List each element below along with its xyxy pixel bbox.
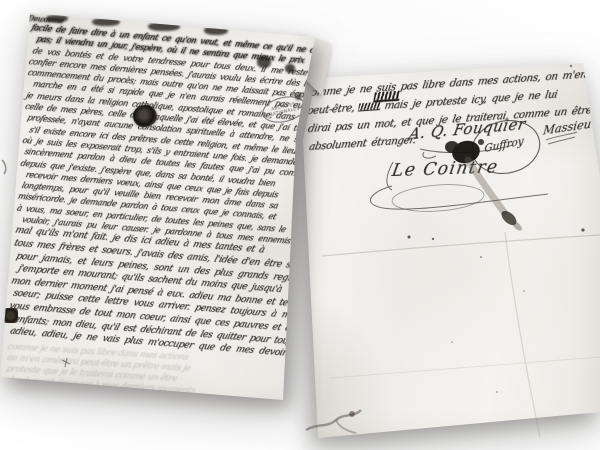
- struck-word-scribble: [358, 102, 381, 112]
- letter-page-left-surface: Deuxieme facile de faire dire à un enfan…: [0, 12, 318, 410]
- ink-smudge: [257, 56, 271, 68]
- letter-page-left: Deuxieme facile de faire dire à un enfan…: [0, 12, 318, 410]
- letter-page-right: comme je ne suis pas libre dans mes acti…: [296, 58, 600, 440]
- ink-smudge: [204, 26, 228, 35]
- ink-smudge: [46, 15, 68, 22]
- ink-blot-large: [133, 105, 157, 127]
- manuscript-photo: comme je ne suis pas libre dans mes acti…: [0, 0, 600, 450]
- letter-page-right-surface: comme je ne suis pas libre dans mes acti…: [296, 58, 600, 440]
- ink-smudge: [285, 64, 295, 73]
- ink-smudge: [295, 93, 302, 100]
- signature-lecointre: Le Cointre: [390, 157, 500, 181]
- ink-smudge: [92, 18, 120, 26]
- ink-blot-square: [3, 308, 18, 323]
- letter-body-lines: facile de faire dire à un enfant ce qu'o…: [7, 22, 313, 360]
- closing-lines: comme je ne suis pas libre dans mes acti…: [305, 64, 600, 156]
- ink-smudge: [148, 22, 180, 31]
